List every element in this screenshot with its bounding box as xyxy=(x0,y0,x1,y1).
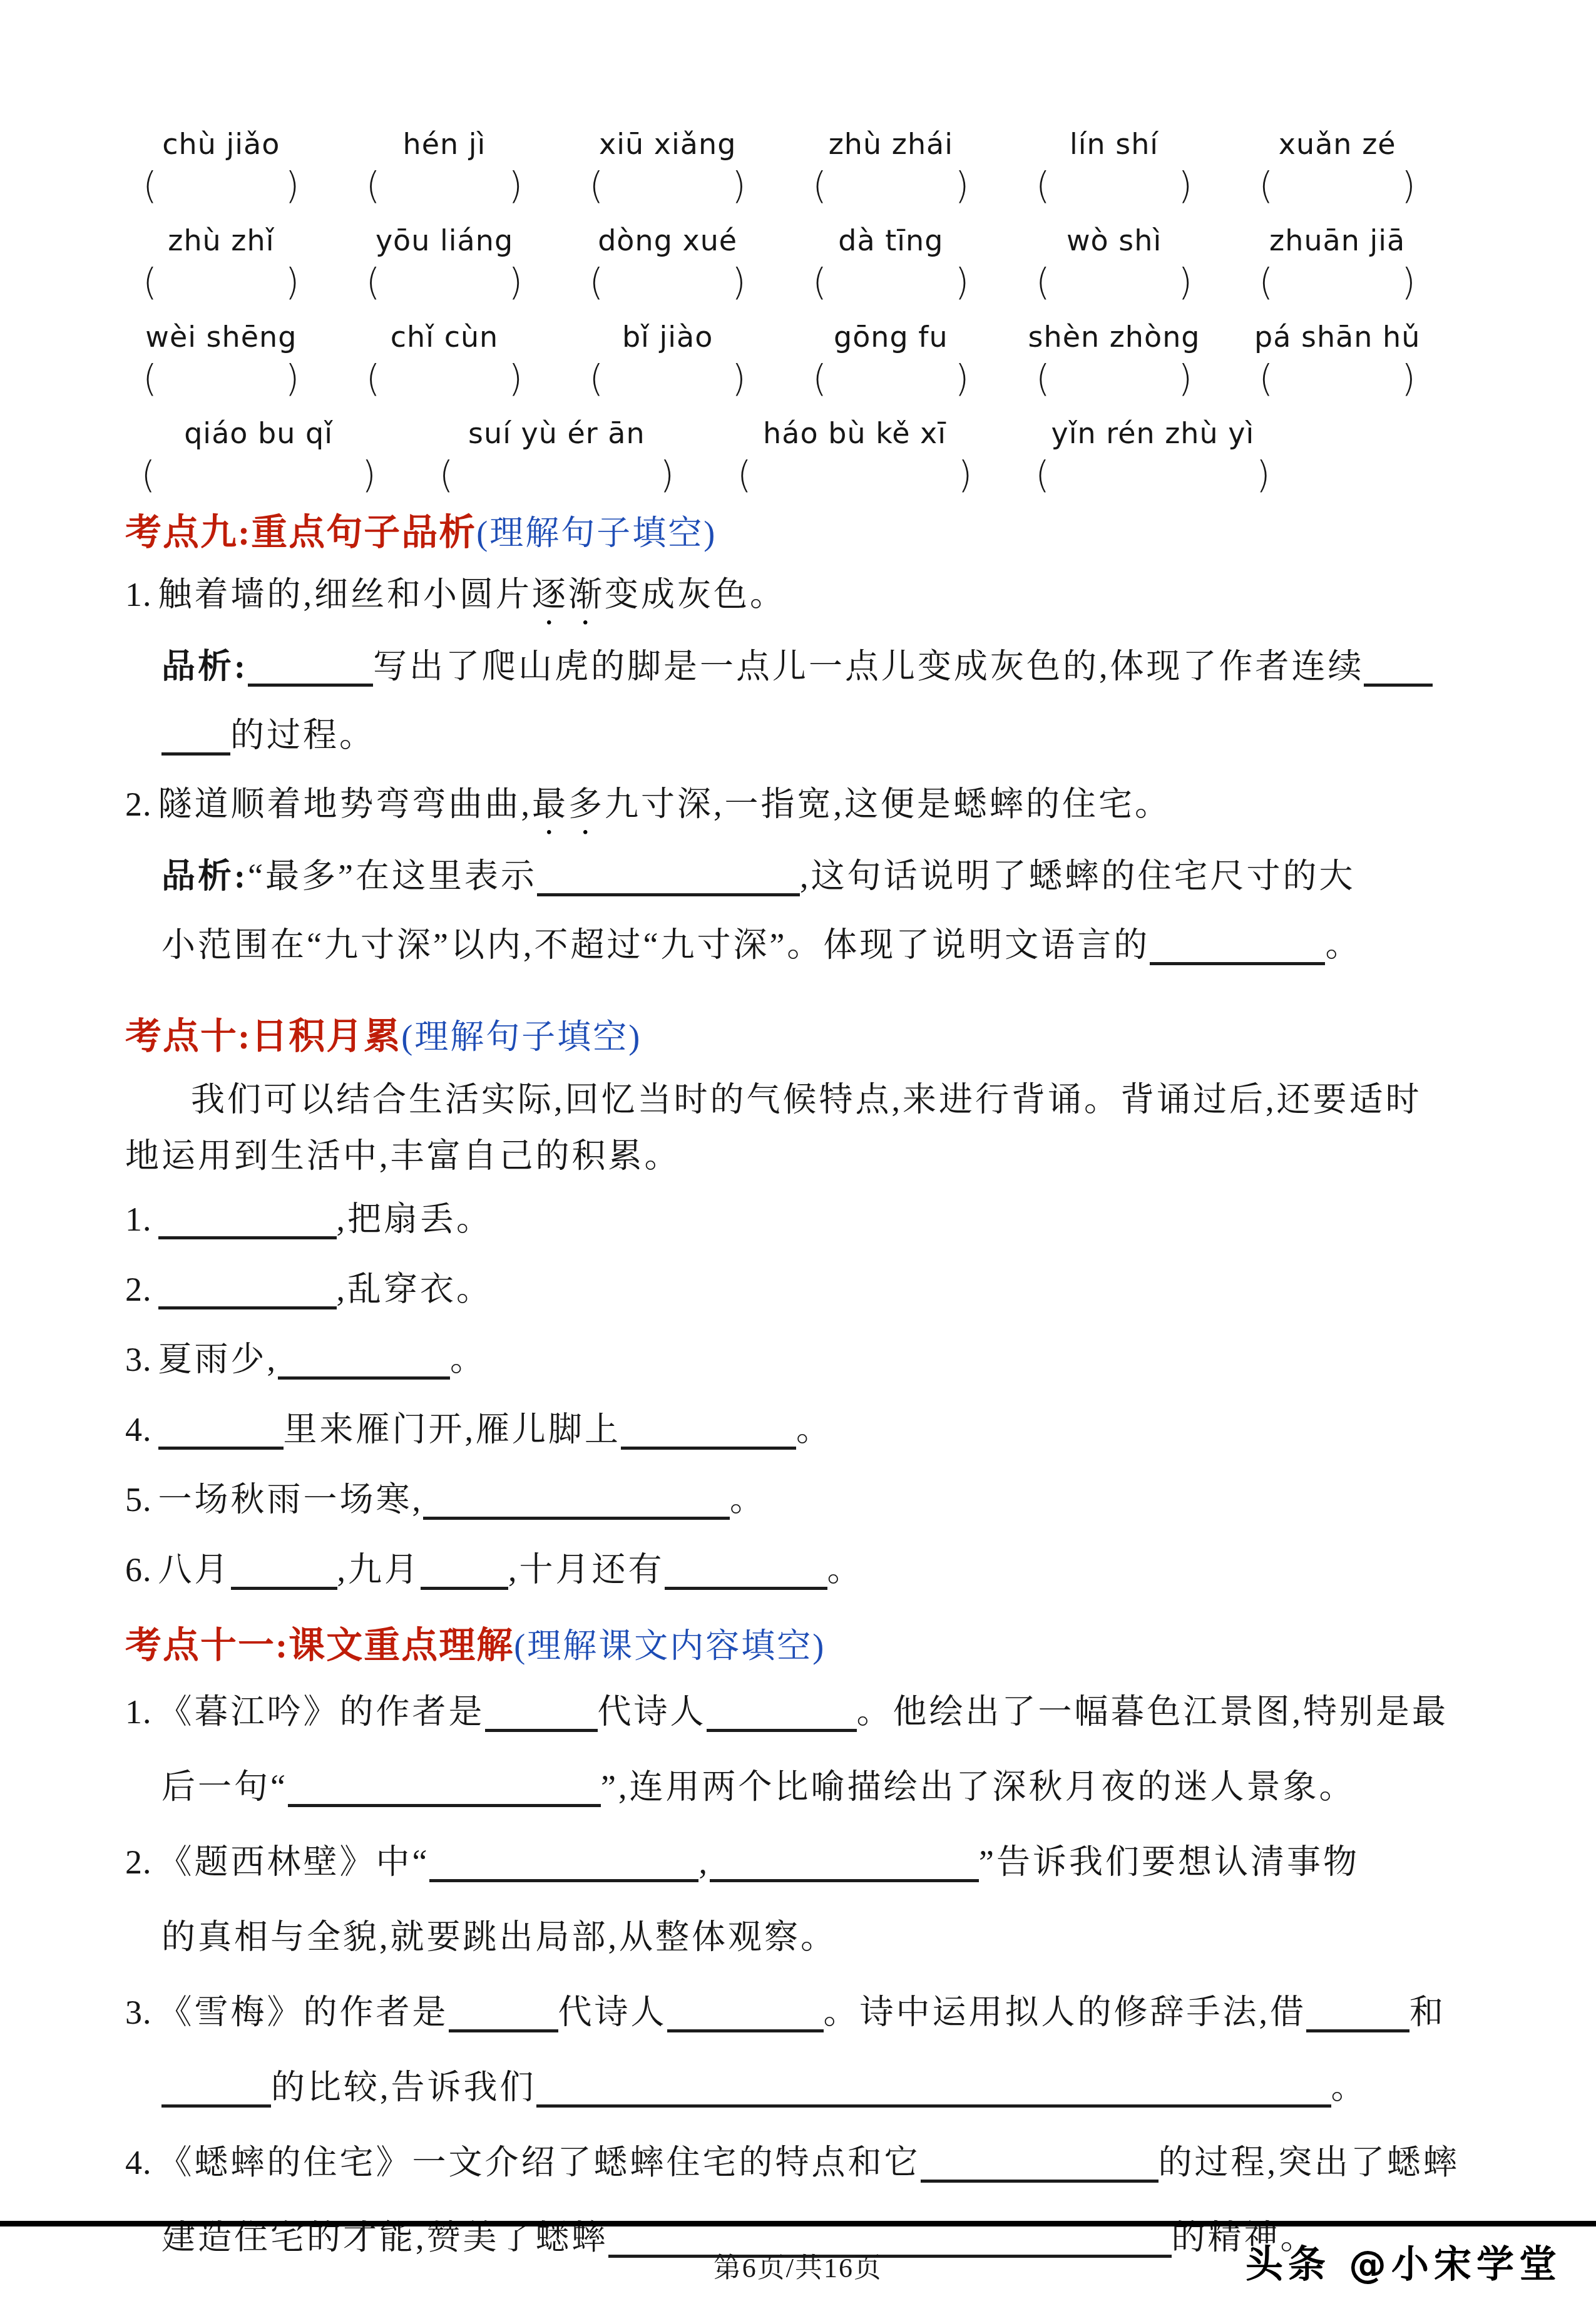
text-run: 和 xyxy=(1409,1994,1446,2031)
text-line: 地运用到生活中,丰富自己的积累。 xyxy=(125,1128,1552,1184)
open-paren: ( xyxy=(366,357,381,400)
text-run: “最多”在这里表示 xyxy=(248,858,537,895)
pinyin-column: yōu liáng() xyxy=(333,222,556,303)
fill-in-blank xyxy=(621,1415,796,1450)
close-paren: ) xyxy=(955,261,969,304)
fill-in-blank xyxy=(421,1555,508,1590)
answer-parentheses: () xyxy=(706,454,1004,496)
close-paren: ) xyxy=(1179,165,1193,207)
text-run: 夏雨少, xyxy=(158,1341,279,1378)
page-footer: 第6页/共16页 头条 @小宋学堂 xyxy=(0,2221,1596,2285)
text-line: 我们可以结合生活实际,回忆当时的气候特点,来进行背诵。背诵过后,还要适时 xyxy=(125,1072,1552,1128)
fill-in-blank xyxy=(248,652,373,687)
text-line: 小范围在“九寸深”以内,不超过“九寸深”。体现了说明文语言的。 xyxy=(125,911,1552,980)
pinyin-word: suí yù ér ān xyxy=(407,414,705,452)
paren-gap xyxy=(1050,198,1179,198)
close-paren: ) xyxy=(285,357,300,400)
text-run: 变成灰色。 xyxy=(605,576,786,613)
section-title: 考点十一:课文重点理解 xyxy=(125,1625,514,1666)
text-run: 。 xyxy=(827,1551,864,1589)
item-number: 3. xyxy=(125,1994,152,2031)
text-run: 。 xyxy=(450,1341,486,1378)
section-heading: 考点十:日积月累(理解句子填空) xyxy=(125,1015,1552,1059)
pinyin-column: háo bù kě xī() xyxy=(706,414,1004,496)
text-line: 6.八月,九月,十月还有。 xyxy=(125,1535,1552,1605)
paren-gap xyxy=(603,391,732,391)
pinyin-row: chù jiǎo()hén jì()xiū xiǎng()zhù zhái()l… xyxy=(110,125,1449,207)
pinyin-column: dà tīng() xyxy=(779,222,1003,303)
text-run: 九寸深,一指宽,这便是蟋蟀的住宅。 xyxy=(605,786,1171,823)
text-run: 小范围在“九寸深”以内,不超过“九寸深”。体现了说明文语言的 xyxy=(161,926,1150,964)
close-paren: ) xyxy=(1179,357,1193,400)
label-bold: 品析: xyxy=(161,648,248,685)
pinyin-word: zhù zhǐ xyxy=(110,222,333,259)
section-subtitle: (理解句子填空) xyxy=(476,515,717,552)
text-run: 《暮江吟》的作者是 xyxy=(158,1693,485,1731)
answer-parentheses: () xyxy=(779,262,1003,303)
fill-in-blank xyxy=(485,1698,598,1732)
text-line: 的过程。 xyxy=(125,701,1552,770)
fill-in-blank xyxy=(921,2148,1159,2183)
close-paren: ) xyxy=(955,165,969,207)
item-number: 1. xyxy=(125,576,152,613)
answer-parentheses: () xyxy=(110,454,407,496)
fill-in-blank xyxy=(537,862,800,896)
pinyin-word: dòng xué xyxy=(556,222,779,259)
answer-parentheses: () xyxy=(779,358,1003,399)
paren-gap xyxy=(752,487,958,488)
fill-in-blank xyxy=(665,1555,827,1590)
open-paren: ( xyxy=(366,165,381,207)
pinyin-word: shèn zhòng xyxy=(1003,318,1226,356)
open-paren: ( xyxy=(143,261,157,304)
paren-gap xyxy=(157,391,285,391)
item-number: 2. xyxy=(125,1271,152,1308)
answer-parentheses: () xyxy=(333,165,556,207)
pinyin-word: háo bù kě xī xyxy=(706,414,1004,452)
pinyin-row: zhù zhǐ()yōu liáng()dòng xué()dà tīng()w… xyxy=(110,222,1449,303)
item-number: 2. xyxy=(125,1843,152,1881)
open-paren: ( xyxy=(1259,165,1274,207)
paren-gap xyxy=(381,198,509,198)
pinyin-column: gōng fu() xyxy=(779,318,1003,399)
answer-parentheses: () xyxy=(407,454,705,496)
pinyin-word: qiáo bu qǐ xyxy=(110,414,407,452)
pinyin-row: qiáo bu qǐ()suí yù ér ān()háo bù kě xī()… xyxy=(110,414,1302,496)
open-paren: ( xyxy=(590,165,604,207)
emphasized-word: 最多 xyxy=(532,786,605,823)
section-subtitle: (理解句子填空) xyxy=(401,1018,642,1056)
text-line: 品析:“最多”在这里表示,这句话说明了蟋蟀的住宅尺寸的大 xyxy=(125,842,1552,911)
pinyin-word: wèi shēng xyxy=(110,318,333,356)
open-paren: ( xyxy=(143,165,157,207)
text-run: , xyxy=(698,1843,710,1881)
footer-divider xyxy=(0,2221,1596,2226)
answer-parentheses: () xyxy=(110,165,333,207)
answer-parentheses: () xyxy=(556,262,779,303)
pinyin-grid: chù jiǎo()hén jì()xiū xiǎng()zhù zhái()l… xyxy=(110,125,1552,496)
text-run: 《雪梅》的作者是 xyxy=(158,1994,449,2031)
paren-gap xyxy=(603,198,732,198)
close-paren: ) xyxy=(285,261,300,304)
paren-gap xyxy=(603,294,732,295)
close-paren: ) xyxy=(732,357,746,400)
fill-in-blank xyxy=(449,1998,558,2032)
close-paren: ) xyxy=(958,454,973,496)
text-run: ,九月 xyxy=(337,1551,421,1589)
text-run: 代诗人 xyxy=(558,1994,667,2031)
text-block: 我们可以结合生活实际,回忆当时的气候特点,来进行背诵。背诵过后,还要适时地运用到… xyxy=(125,1072,1552,1184)
text-run: 后一句“ xyxy=(161,1768,288,1806)
text-block: 3.《雪梅》的作者是代诗人。诗中运用拟人的修辞手法,借和的比较,告诉我们。 xyxy=(125,1975,1552,2125)
text-line: 3.《雪梅》的作者是代诗人。诗中运用拟人的修辞手法,借和 xyxy=(125,1975,1552,2050)
section-title: 考点九:重点句子品析 xyxy=(125,512,476,553)
text-run: 。 xyxy=(796,1411,832,1448)
pinyin-column: lín shí() xyxy=(1003,125,1226,207)
open-paren: ( xyxy=(1259,261,1274,304)
text-run: 隧道顺着地势弯弯曲曲, xyxy=(158,786,533,823)
paren-gap xyxy=(381,294,509,295)
pinyin-column: bǐ jiào() xyxy=(556,318,779,399)
pinyin-column: wò shì() xyxy=(1003,222,1226,303)
paren-gap xyxy=(1050,487,1256,488)
text-line: 后一句“”,连用两个比喻描绘出了深秋月夜的迷人景象。 xyxy=(125,1750,1552,1825)
text-run: 触着墙的,细丝和小圆片 xyxy=(158,576,533,613)
text-block: 2.隧道顺着地势弯弯曲曲,最多九寸深,一指宽,这便是蟋蟀的住宅。品析:“最多”在… xyxy=(125,770,1552,980)
pinyin-column: suí yù ér ān() xyxy=(407,414,705,496)
pinyin-word: lín shí xyxy=(1003,125,1226,163)
text-block: 1.触着墙的,细丝和小圆片逐渐变成灰色。品析:写出了爬山虎的脚是一点儿一点儿变成… xyxy=(125,560,1552,770)
text-run: 的真相与全貌,就要跳出局部,从整体观察。 xyxy=(161,1919,837,1956)
pinyin-column: xiū xiǎng() xyxy=(556,125,779,207)
label-bold: 品析: xyxy=(161,858,248,895)
pinyin-column: chù jiǎo() xyxy=(110,125,333,207)
answer-parentheses: () xyxy=(779,165,1003,207)
text-run: 的过程。 xyxy=(230,717,376,754)
open-paren: ( xyxy=(1035,454,1050,496)
text-line: 4.里来雁门开,雁儿脚上。 xyxy=(125,1395,1552,1465)
paren-gap xyxy=(1050,294,1179,295)
pinyin-word: yōu liáng xyxy=(333,222,556,259)
close-paren: ) xyxy=(660,454,674,496)
fill-in-blank xyxy=(288,1773,601,1807)
text-line: 4.《蟋蟀的住宅》一文介绍了蟋蟀住宅的特点和它的过程,突出了蟋蟀 xyxy=(125,2125,1552,2200)
text-line: 3.夏雨少,。 xyxy=(125,1325,1552,1395)
pinyin-column: wèi shēng() xyxy=(110,318,333,399)
open-paren: ( xyxy=(737,454,752,496)
section-heading: 考点九:重点句子品析(理解句子填空) xyxy=(125,511,1552,555)
fill-in-blank xyxy=(429,1848,698,1882)
pinyin-word: xiū xiǎng xyxy=(556,125,779,163)
text-line: 2.,乱穿衣。 xyxy=(125,1254,1552,1325)
pinyin-column: qiáo bu qǐ() xyxy=(110,414,407,496)
text-run: 。他绘出了一幅暮色江景图,特别是最 xyxy=(857,1693,1449,1731)
answer-parentheses: () xyxy=(1003,165,1226,207)
text-run: 。诗中运用拟人的修辞手法,借 xyxy=(824,1994,1307,2031)
item-number: 6. xyxy=(125,1551,152,1589)
answer-parentheses: () xyxy=(110,262,333,303)
paren-gap xyxy=(1273,391,1401,391)
close-paren: ) xyxy=(1179,261,1193,304)
close-paren: ) xyxy=(362,454,376,496)
answer-parentheses: () xyxy=(1003,358,1226,399)
text-line: 1.《暮江吟》的作者是代诗人。他绘出了一幅暮色江景图,特别是最 xyxy=(125,1674,1552,1750)
paren-gap xyxy=(157,294,285,295)
pinyin-column: pá shān hǔ() xyxy=(1225,318,1449,399)
open-paren: ( xyxy=(143,357,157,400)
text-line: 1.,把扇丢。 xyxy=(125,1184,1552,1254)
answer-parentheses: () xyxy=(1003,262,1226,303)
text-run: 《题西林壁》中“ xyxy=(158,1843,430,1881)
close-paren: ) xyxy=(955,357,969,400)
text-line: 的比较,告诉我们。 xyxy=(125,2050,1552,2125)
pinyin-word: pá shān hǔ xyxy=(1225,318,1449,356)
fill-in-blank xyxy=(161,721,230,756)
item-number: 5. xyxy=(125,1481,152,1519)
text-run: ”,连用两个比喻描绘出了深秋月夜的迷人景象。 xyxy=(601,1768,1355,1806)
close-paren: ) xyxy=(1401,357,1416,400)
pinyin-column: chǐ cùn() xyxy=(333,318,556,399)
fill-in-blank xyxy=(423,1485,730,1520)
text-line: 品析:写出了爬山虎的脚是一点儿一点儿变成灰色的,体现了作者连续 xyxy=(125,632,1552,701)
close-paren: ) xyxy=(285,165,300,207)
fill-in-blank xyxy=(158,1275,337,1309)
close-paren: ) xyxy=(732,261,746,304)
answer-parentheses: () xyxy=(333,358,556,399)
pinyin-word: wò shì xyxy=(1003,222,1226,259)
pinyin-word: yǐn rén zhù yì xyxy=(1004,414,1302,452)
fill-in-blank xyxy=(158,1205,337,1239)
text-line: 1.触着墙的,细丝和小圆片逐渐变成灰色。 xyxy=(125,560,1552,632)
pinyin-word: xuǎn zé xyxy=(1225,125,1449,163)
text-line: 2.隧道顺着地势弯弯曲曲,最多九寸深,一指宽,这便是蟋蟀的住宅。 xyxy=(125,770,1552,842)
section: 考点十:日积月累(理解句子填空)我们可以结合生活实际,回忆当时的气候特点,来进行… xyxy=(125,1015,1552,1605)
fill-in-blank xyxy=(161,2073,271,2108)
text-run: 里来雁门开,雁儿脚上 xyxy=(284,1411,622,1448)
text-run: 的比较,告诉我们 xyxy=(271,2069,536,2106)
worksheet-page: chù jiǎo()hén jì()xiū xiǎng()zhù zhái()l… xyxy=(0,0,1596,2316)
pinyin-word: zhuān jiā xyxy=(1225,222,1449,259)
pinyin-column: zhù zhǐ() xyxy=(110,222,333,303)
fill-in-blank xyxy=(707,1698,857,1732)
pinyin-column: zhù zhái() xyxy=(779,125,1003,207)
paren-gap xyxy=(155,487,362,488)
pinyin-column: shèn zhòng() xyxy=(1003,318,1226,399)
paren-gap xyxy=(827,391,955,391)
answer-parentheses: () xyxy=(556,358,779,399)
text-run: ,十月还有 xyxy=(508,1551,665,1589)
worksheet-content: chù jiǎo()hén jì()xiū xiǎng()zhù zhái()l… xyxy=(0,0,1596,2275)
paren-gap xyxy=(1273,294,1401,295)
text-run: ,乱穿衣。 xyxy=(337,1271,493,1308)
fill-in-blank xyxy=(1364,652,1433,687)
pinyin-column: yǐn rén zhù yì() xyxy=(1004,414,1302,496)
pinyin-word: gōng fu xyxy=(779,318,1003,356)
fill-in-blank xyxy=(231,1555,337,1590)
text-run: ”告诉我们要想认清事物 xyxy=(979,1843,1359,1881)
paren-gap xyxy=(1050,391,1179,391)
pinyin-word: hén jì xyxy=(333,125,556,163)
pinyin-word: bǐ jiào xyxy=(556,318,779,356)
item-number: 1. xyxy=(125,1693,152,1731)
item-number: 3. xyxy=(125,1341,152,1378)
text-run: ,这句话说明了蟋蟀的住宅尺寸的大 xyxy=(800,858,1356,895)
pinyin-word: chù jiǎo xyxy=(110,125,333,163)
item-number: 4. xyxy=(125,2144,152,2181)
pinyin-column: xuǎn zé() xyxy=(1225,125,1449,207)
section: 考点九:重点句子品析(理解句子填空)1.触着墙的,细丝和小圆片逐渐变成灰色。品析… xyxy=(125,511,1552,980)
fill-in-blank xyxy=(710,1848,979,1882)
paren-gap xyxy=(827,198,955,198)
open-paren: ( xyxy=(366,261,381,304)
open-paren: ( xyxy=(590,261,604,304)
answer-parentheses: () xyxy=(110,358,333,399)
open-paren: ( xyxy=(1036,165,1050,207)
answer-parentheses: () xyxy=(1225,262,1449,303)
section-subtitle: (理解课文内容填空) xyxy=(514,1627,826,1665)
pinyin-column: dòng xué() xyxy=(556,222,779,303)
text-block: 1.《暮江吟》的作者是代诗人。他绘出了一幅暮色江景图,特别是最后一句“”,连用两… xyxy=(125,1674,1552,1825)
answer-parentheses: () xyxy=(1004,454,1302,496)
paren-gap xyxy=(381,391,509,391)
text-run: 一场秋雨一场寒, xyxy=(158,1481,424,1519)
text-run: 《蟋蟀的住宅》一文介绍了蟋蟀住宅的特点和它 xyxy=(158,2144,921,2181)
pinyin-column: zhuān jiā() xyxy=(1225,222,1449,303)
answer-parentheses: () xyxy=(1225,358,1449,399)
text-line: 的真相与全貌,就要跳出局部,从整体观察。 xyxy=(125,1900,1552,1975)
section-heading: 考点十一:课文重点理解(理解课文内容填空) xyxy=(125,1624,1552,1668)
item-number: 2. xyxy=(125,786,152,823)
text-block: 2.《题西林壁》中“,”告诉我们要想认清事物的真相与全貌,就要跳出局部,从整体观… xyxy=(125,1825,1552,1975)
open-paren: ( xyxy=(141,454,155,496)
fill-in-blank xyxy=(1306,1998,1409,2032)
close-paren: ) xyxy=(509,165,523,207)
text-run: 八月 xyxy=(158,1551,231,1589)
close-paren: ) xyxy=(1401,165,1416,207)
text-run: 写出了爬山虎的脚是一点儿一点儿变成灰色的,体现了作者连续 xyxy=(373,648,1364,685)
paren-gap xyxy=(827,294,955,295)
open-paren: ( xyxy=(812,357,827,400)
open-paren: ( xyxy=(812,261,827,304)
close-paren: ) xyxy=(1256,454,1271,496)
fill-in-blank xyxy=(1150,931,1325,965)
pinyin-word: dà tīng xyxy=(779,222,1003,259)
pinyin-row: wèi shēng()chǐ cùn()bǐ jiào()gōng fu()sh… xyxy=(110,318,1449,399)
sections: 考点九:重点句子品析(理解句子填空)1.触着墙的,细丝和小圆片逐渐变成灰色。品析… xyxy=(125,511,1552,2275)
text-run: 地运用到生活中,丰富自己的积累。 xyxy=(125,1137,681,1175)
text-block: 1.,把扇丢。2.,乱穿衣。3.夏雨少,。4.里来雁门开,雁儿脚上。5.一场秋雨… xyxy=(125,1184,1552,1605)
pinyin-word: zhù zhái xyxy=(779,125,1003,163)
open-paren: ( xyxy=(1036,261,1050,304)
emphasized-word: 逐渐 xyxy=(532,576,605,613)
text-run: 代诗人 xyxy=(598,1693,707,1731)
section-title: 考点十:日积月累 xyxy=(125,1016,401,1057)
text-run: ,把扇丢。 xyxy=(337,1201,493,1238)
fill-in-blank xyxy=(536,2073,1331,2108)
pinyin-column: hén jì() xyxy=(333,125,556,207)
open-paren: ( xyxy=(1259,357,1274,400)
paren-gap xyxy=(157,198,285,198)
open-paren: ( xyxy=(1036,357,1050,400)
watermark: 头条 @小宋学堂 xyxy=(1246,2235,1562,2288)
answer-parentheses: () xyxy=(1225,165,1449,207)
text-run: 。 xyxy=(1331,2069,1368,2106)
text-line: 2.《题西林壁》中“,”告诉我们要想认清事物 xyxy=(125,1825,1552,1900)
fill-in-blank xyxy=(278,1345,450,1380)
close-paren: ) xyxy=(509,261,523,304)
text-run: 。 xyxy=(730,1481,766,1519)
fill-in-blank xyxy=(667,1998,824,2032)
answer-parentheses: () xyxy=(556,165,779,207)
close-paren: ) xyxy=(509,357,523,400)
paren-gap xyxy=(1273,198,1401,198)
section: 考点十一:课文重点理解(理解课文内容填空)1.《暮江吟》的作者是代诗人。他绘出了… xyxy=(125,1624,1552,2275)
open-paren: ( xyxy=(439,454,454,496)
item-number: 4. xyxy=(125,1411,152,1448)
open-paren: ( xyxy=(812,165,827,207)
paren-gap xyxy=(453,487,660,488)
open-paren: ( xyxy=(590,357,604,400)
answer-parentheses: () xyxy=(333,262,556,303)
close-paren: ) xyxy=(1401,261,1416,304)
text-line: 5.一场秋雨一场寒,。 xyxy=(125,1465,1552,1535)
pinyin-word: chǐ cùn xyxy=(333,318,556,356)
text-run: 我们可以结合生活实际,回忆当时的气候特点,来进行背诵。背诵过后,还要适时 xyxy=(191,1081,1422,1119)
text-run: 的过程,突出了蟋蟀 xyxy=(1159,2144,1460,2181)
item-number: 1. xyxy=(125,1201,152,1238)
text-run: 。 xyxy=(1325,926,1361,964)
close-paren: ) xyxy=(732,165,746,207)
fill-in-blank xyxy=(158,1415,284,1450)
